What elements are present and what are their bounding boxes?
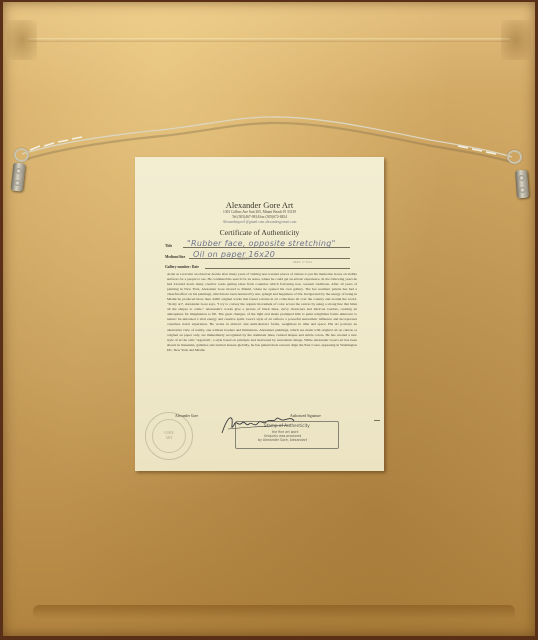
- gallery-number-label: Gallery number:: [165, 265, 191, 269]
- certificate-title: Certificate of Authenticity: [135, 228, 384, 237]
- company-website: alexandergoreart.com: [265, 220, 296, 224]
- embossed-seal: GORE ART: [145, 412, 193, 460]
- d-ring-right: [507, 150, 522, 164]
- artist-biography: Artist as a traveler an observer decide …: [167, 272, 357, 353]
- gallery-number-stamp: 002613: [238, 257, 249, 261]
- paper-fold-bottom: [33, 605, 515, 619]
- d-ring-left: [14, 148, 29, 162]
- seal-text: ART: [166, 436, 173, 441]
- date-label: Date: [192, 265, 199, 269]
- title-handwritten-value: "Rubber face, opposite stretching": [187, 239, 336, 248]
- certificate-of-authenticity: Alexander Gore Art 1301 Collins Ave Suit…: [135, 157, 384, 471]
- paper-crease-right: [501, 20, 531, 60]
- certificate-letterhead: Alexander Gore Art 1301 Collins Ave Suit…: [135, 200, 384, 225]
- company-email: Alexandergore1@gmail.com: [223, 220, 265, 224]
- authenticity-stamp: Stamp of Authenticity the fine art work …: [235, 421, 339, 449]
- paper-crease-left: [7, 20, 37, 60]
- signature-line: [374, 420, 380, 421]
- gallery-underline: [205, 268, 350, 269]
- paper-fold-top: [28, 38, 510, 42]
- stamp-title: Stamp of Authenticity: [264, 423, 310, 428]
- company-name: Alexander Gore Art: [135, 200, 384, 210]
- artist-signature-label: Alexander Gore: [175, 414, 198, 418]
- stamp-line: by Alexander Gore, Alexandart: [258, 438, 307, 442]
- hanger-bracket-right: [515, 170, 529, 199]
- date-stamp: MAY 17 2012: [293, 260, 312, 264]
- gallery-date-field: Gallery number: Date: [165, 258, 350, 270]
- gallery-label: Gallery number: Date: [165, 265, 199, 269]
- frame-back: Alexander Gore Art 1301 Collins Ave Suit…: [0, 0, 538, 640]
- company-contact: Alexandergore1@gmail.com alexandergorear…: [135, 220, 384, 225]
- seal-inner-ring: GORE ART: [152, 419, 186, 453]
